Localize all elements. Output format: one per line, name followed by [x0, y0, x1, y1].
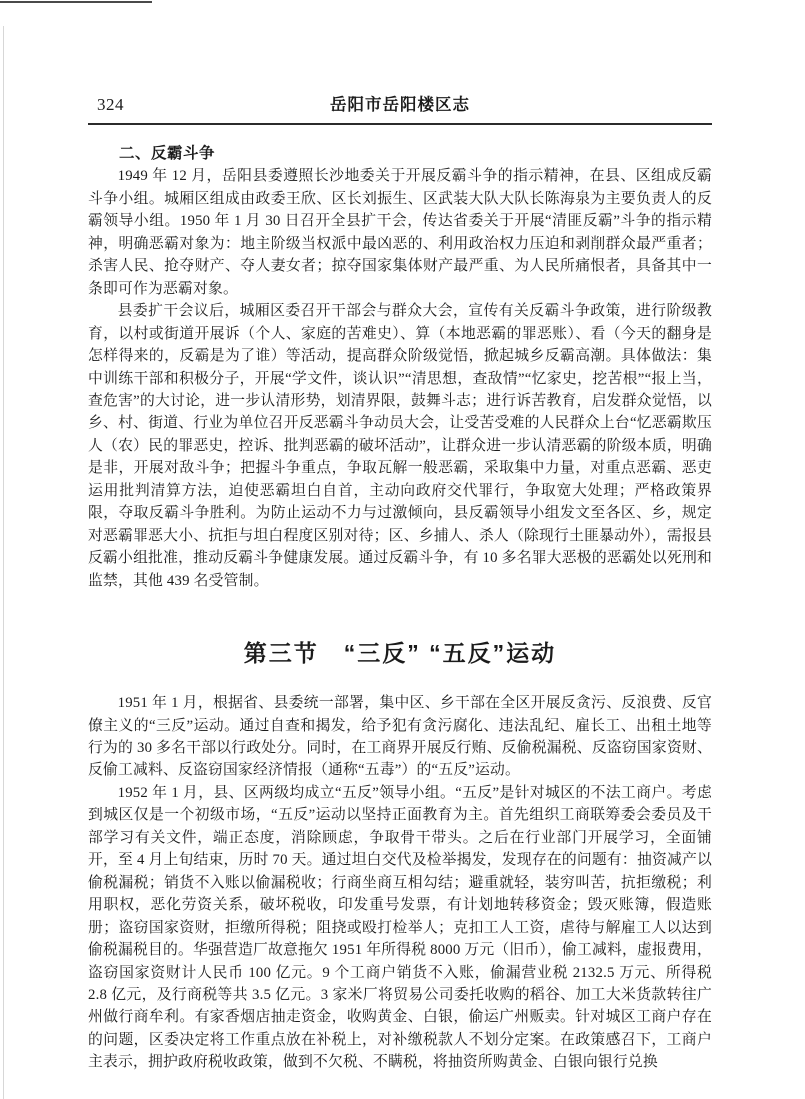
scan-artifact-top-line: [0, 1, 152, 3]
page-number: 324: [97, 94, 124, 115]
book-page: 324 岳阳市岳阳楼区志 二、反霸斗争 1949 年 12 月，岳阳县委遵照长沙…: [88, 94, 712, 1074]
paragraph-sanfan-2: 1952 年 1 月，县、区两级均成立“五反”领导小组。“五反”是针对城区的不法…: [88, 782, 712, 1074]
paragraph-sanfan-1: 1951 年 1 月，根据省、县委统一部署，集中区、乡干部在全区开展反贪污、反浪…: [88, 692, 712, 782]
page-header: 324 岳阳市岳阳楼区志: [88, 94, 712, 125]
book-title: 岳阳市岳阳楼区志: [88, 94, 712, 115]
scan-artifact-left-line: [3, 26, 4, 1099]
subsection-heading-fanba: 二、反霸斗争: [88, 143, 712, 165]
paragraph-fanba-1: 1949 年 12 月，岳阳县委遵照长沙地委关于开展反霸斗争的指示精神，在县、区…: [88, 165, 712, 300]
paragraph-fanba-2: 县委扩干会议后，城厢区委召开干部会与群众大会，宣传有关反霸斗争政策，进行阶级教育…: [88, 300, 712, 592]
section-title-sanfan-wufan: 第三节 “三反” “五反”运动: [88, 638, 712, 668]
